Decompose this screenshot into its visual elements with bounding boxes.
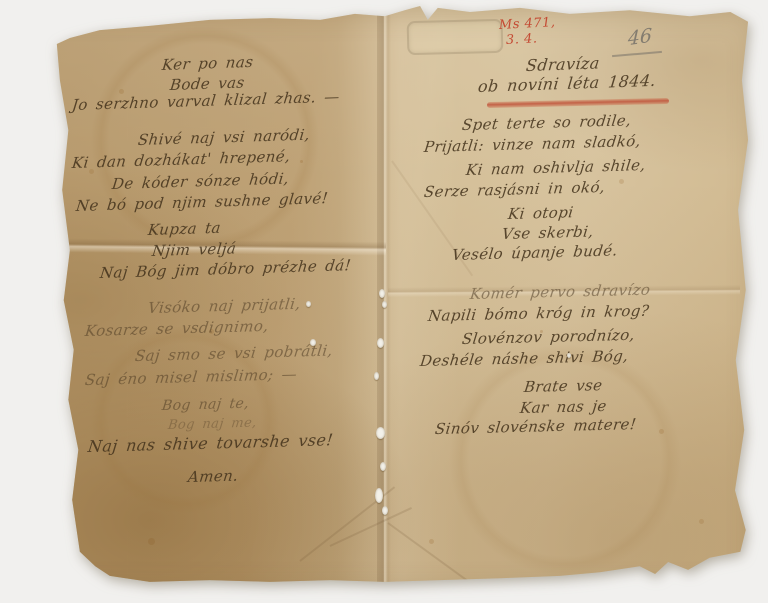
foxing-spots <box>0 0 3 3</box>
red-catalog-mark: Ms 471, <box>499 16 556 32</box>
worm-hole <box>382 506 388 515</box>
poem-line: Slovénzov porodnízo, <box>461 328 636 347</box>
worm-hole <box>379 289 385 298</box>
poem-line: Komér pervo sdravízo <box>469 283 651 302</box>
poem-line: Brate vse <box>523 378 603 395</box>
worm-hole <box>375 488 383 503</box>
worm-hole <box>374 372 379 380</box>
poem-line: Amen. <box>187 469 239 485</box>
worm-hole <box>382 301 387 308</box>
poem-line: Ki otopi <box>507 205 574 222</box>
poem-line: Njim veljá <box>151 241 237 259</box>
worm-hole <box>306 301 311 307</box>
poem-line: Bog naj te, <box>161 397 250 413</box>
blind-stamp <box>407 19 504 56</box>
poem-line: Kar nas je <box>519 399 607 416</box>
poem-line: Kupza ta <box>147 221 222 238</box>
poem-line: Visóko naj prijatli, <box>147 297 301 316</box>
poem-line: Ker po nas <box>161 55 254 73</box>
manuscript-paper: Ms 471, 3. 4. 46 Sdravíza ob novíni léta… <box>0 0 768 603</box>
worm-hole <box>310 339 316 346</box>
worm-hole <box>567 353 571 358</box>
paper-shadow: Ms 471, 3. 4. 46 Sdravíza ob novíni léta… <box>0 0 768 603</box>
pencil-page-number: 46 <box>628 26 653 49</box>
poem-line: Bog naj me, <box>167 417 257 433</box>
title-line-1: Sdravíza <box>525 55 600 74</box>
worm-hole <box>380 462 386 471</box>
worm-hole <box>377 338 384 348</box>
poem-line: Vse skerbi, <box>501 224 594 242</box>
manuscript-photo: Ms 471, 3. 4. 46 Sdravíza ob novíni léta… <box>0 0 768 603</box>
red-catalog-submark: 3. 4. <box>506 32 538 47</box>
worm-hole <box>376 427 385 439</box>
